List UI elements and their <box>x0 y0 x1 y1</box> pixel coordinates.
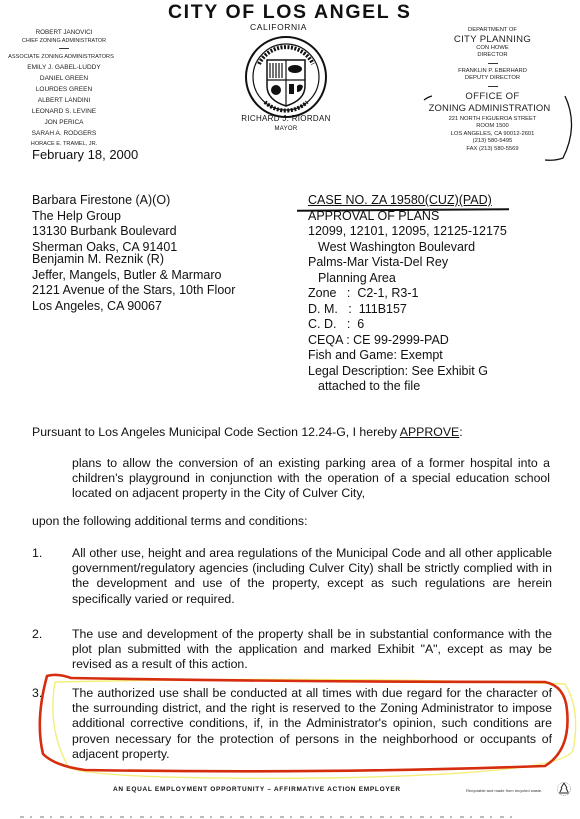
condition-text: All other use, height and area regulatio… <box>72 546 552 607</box>
approval-description: plans to allow the conversion of an exis… <box>72 456 550 502</box>
address-line: Benjamin M. Reznik (R) <box>32 252 235 268</box>
associate-name: DANIEL GREEN <box>0 74 128 85</box>
address-line: 2121 Avenue of the Stars, 10th Floor <box>32 283 235 299</box>
divider <box>59 48 69 49</box>
addressee-representative: Benjamin M. Reznik (R)Jeffer, Mangels, B… <box>32 252 235 314</box>
recycle-notice: Recyclable and made from recycled waste. <box>466 788 542 793</box>
case-legal: Legal Description: See Exhibit G <box>308 364 507 380</box>
condition-text: The use and development of the property … <box>72 627 552 673</box>
case-number: CASE NO. ZA 19580(CUZ)(PAD) <box>308 193 507 209</box>
case-ceqa: CEQA : CE 99-2999-PAD <box>308 333 507 349</box>
case-zone: Zone : C2-1, R3-1 <box>308 286 507 302</box>
associate-name: JON PERICA <box>0 118 128 129</box>
address-line: The Help Group <box>32 209 177 225</box>
case-fish-game: Fish and Game: Exempt <box>308 348 507 364</box>
case-area: Palms-Mar Vista-Del Rey <box>308 255 507 271</box>
scan-artifact <box>20 814 520 819</box>
director-title: DIRECTOR <box>430 52 555 59</box>
red-circle-annotation <box>25 670 580 782</box>
deputy-title: DEPUTY DIRECTOR <box>430 75 555 82</box>
city-seal-icon <box>243 34 329 120</box>
divider <box>488 63 498 64</box>
staff-list: ROBERT JANOVICI CHIEF ZONING ADMINISTRAT… <box>0 27 128 148</box>
address-line: 13130 Burbank Boulevard <box>32 224 177 240</box>
pursuant-text: Pursuant to Los Angeles Municipal Code S… <box>32 425 400 439</box>
pursuant-colon: : <box>459 425 462 439</box>
deputy-name: FRANKLIN P. EBERHARD <box>430 68 555 75</box>
associates-heading: ASSOCIATE ZONING ADMINISTRATORS <box>0 52 128 63</box>
case-area-2: Planning Area <box>308 271 507 287</box>
dept-of-label: DEPARTMENT OF <box>430 27 555 34</box>
pursuant-statement: Pursuant to Los Angeles Municipal Code S… <box>32 425 463 440</box>
divider <box>488 86 498 87</box>
case-addresses: 12099, 12101, 12095, 12125-12175 <box>308 224 507 240</box>
case-cd: C. D. : 6 <box>308 317 507 333</box>
associate-name: SARAH A. RODGERS <box>0 129 128 140</box>
case-info: CASE NO. ZA 19580(CUZ)(PAD) APPROVAL OF … <box>308 193 507 395</box>
handwritten-bracket-mark <box>420 92 580 162</box>
city-title: CITY OF LOS ANGEL S <box>168 1 424 24</box>
dept-name: CITY PLANNING <box>430 34 555 45</box>
condition-number: 1. <box>32 546 42 561</box>
eeo-statement: AN EQUAL EMPLOYMENT OPPORTUNITY – AFFIRM… <box>113 786 401 793</box>
letter-date: February 18, 2000 <box>32 147 138 162</box>
director-name: CON HOWE <box>430 45 555 52</box>
state-label: CALIFORNIA <box>250 22 307 32</box>
condition-number: 2. <box>32 627 42 642</box>
address-line: Jeffer, Mangels, Butler & Marmaro <box>32 268 235 284</box>
case-legal-2: attached to the file <box>308 379 507 395</box>
associate-name: ALBERT LANDINI <box>0 96 128 107</box>
chief-name: ROBERT JANOVICI <box>0 27 128 38</box>
associate-name: LEONARD S. LEVINE <box>0 107 128 118</box>
mayor-title: MAYOR <box>226 124 346 134</box>
case-street: West Washington Boulevard <box>308 240 507 256</box>
associate-name: LOURDES GREEN <box>0 85 128 96</box>
case-action: APPROVAL OF PLANS <box>308 209 507 225</box>
address-line: Los Angeles, CA 90067 <box>32 299 235 315</box>
approve-word: APPROVE <box>400 425 459 439</box>
mayor-block: RICHARD J. RIORDAN MAYOR <box>226 114 346 134</box>
chief-title: CHIEF ZONING ADMINISTRATOR <box>0 38 128 45</box>
associate-name: EMILY J. GABEL-LUDDY <box>0 63 128 74</box>
mayor-name: RICHARD J. RIORDAN <box>226 114 346 124</box>
addressee-applicant: Barbara Firestone (A)(O)The Help Group13… <box>32 193 177 255</box>
case-dm: D. M. : 111B157 <box>308 302 507 318</box>
conditions-intro: upon the following additional terms and … <box>32 514 308 529</box>
address-line: Barbara Firestone (A)(O) <box>32 193 177 209</box>
recycle-icon <box>556 781 572 797</box>
